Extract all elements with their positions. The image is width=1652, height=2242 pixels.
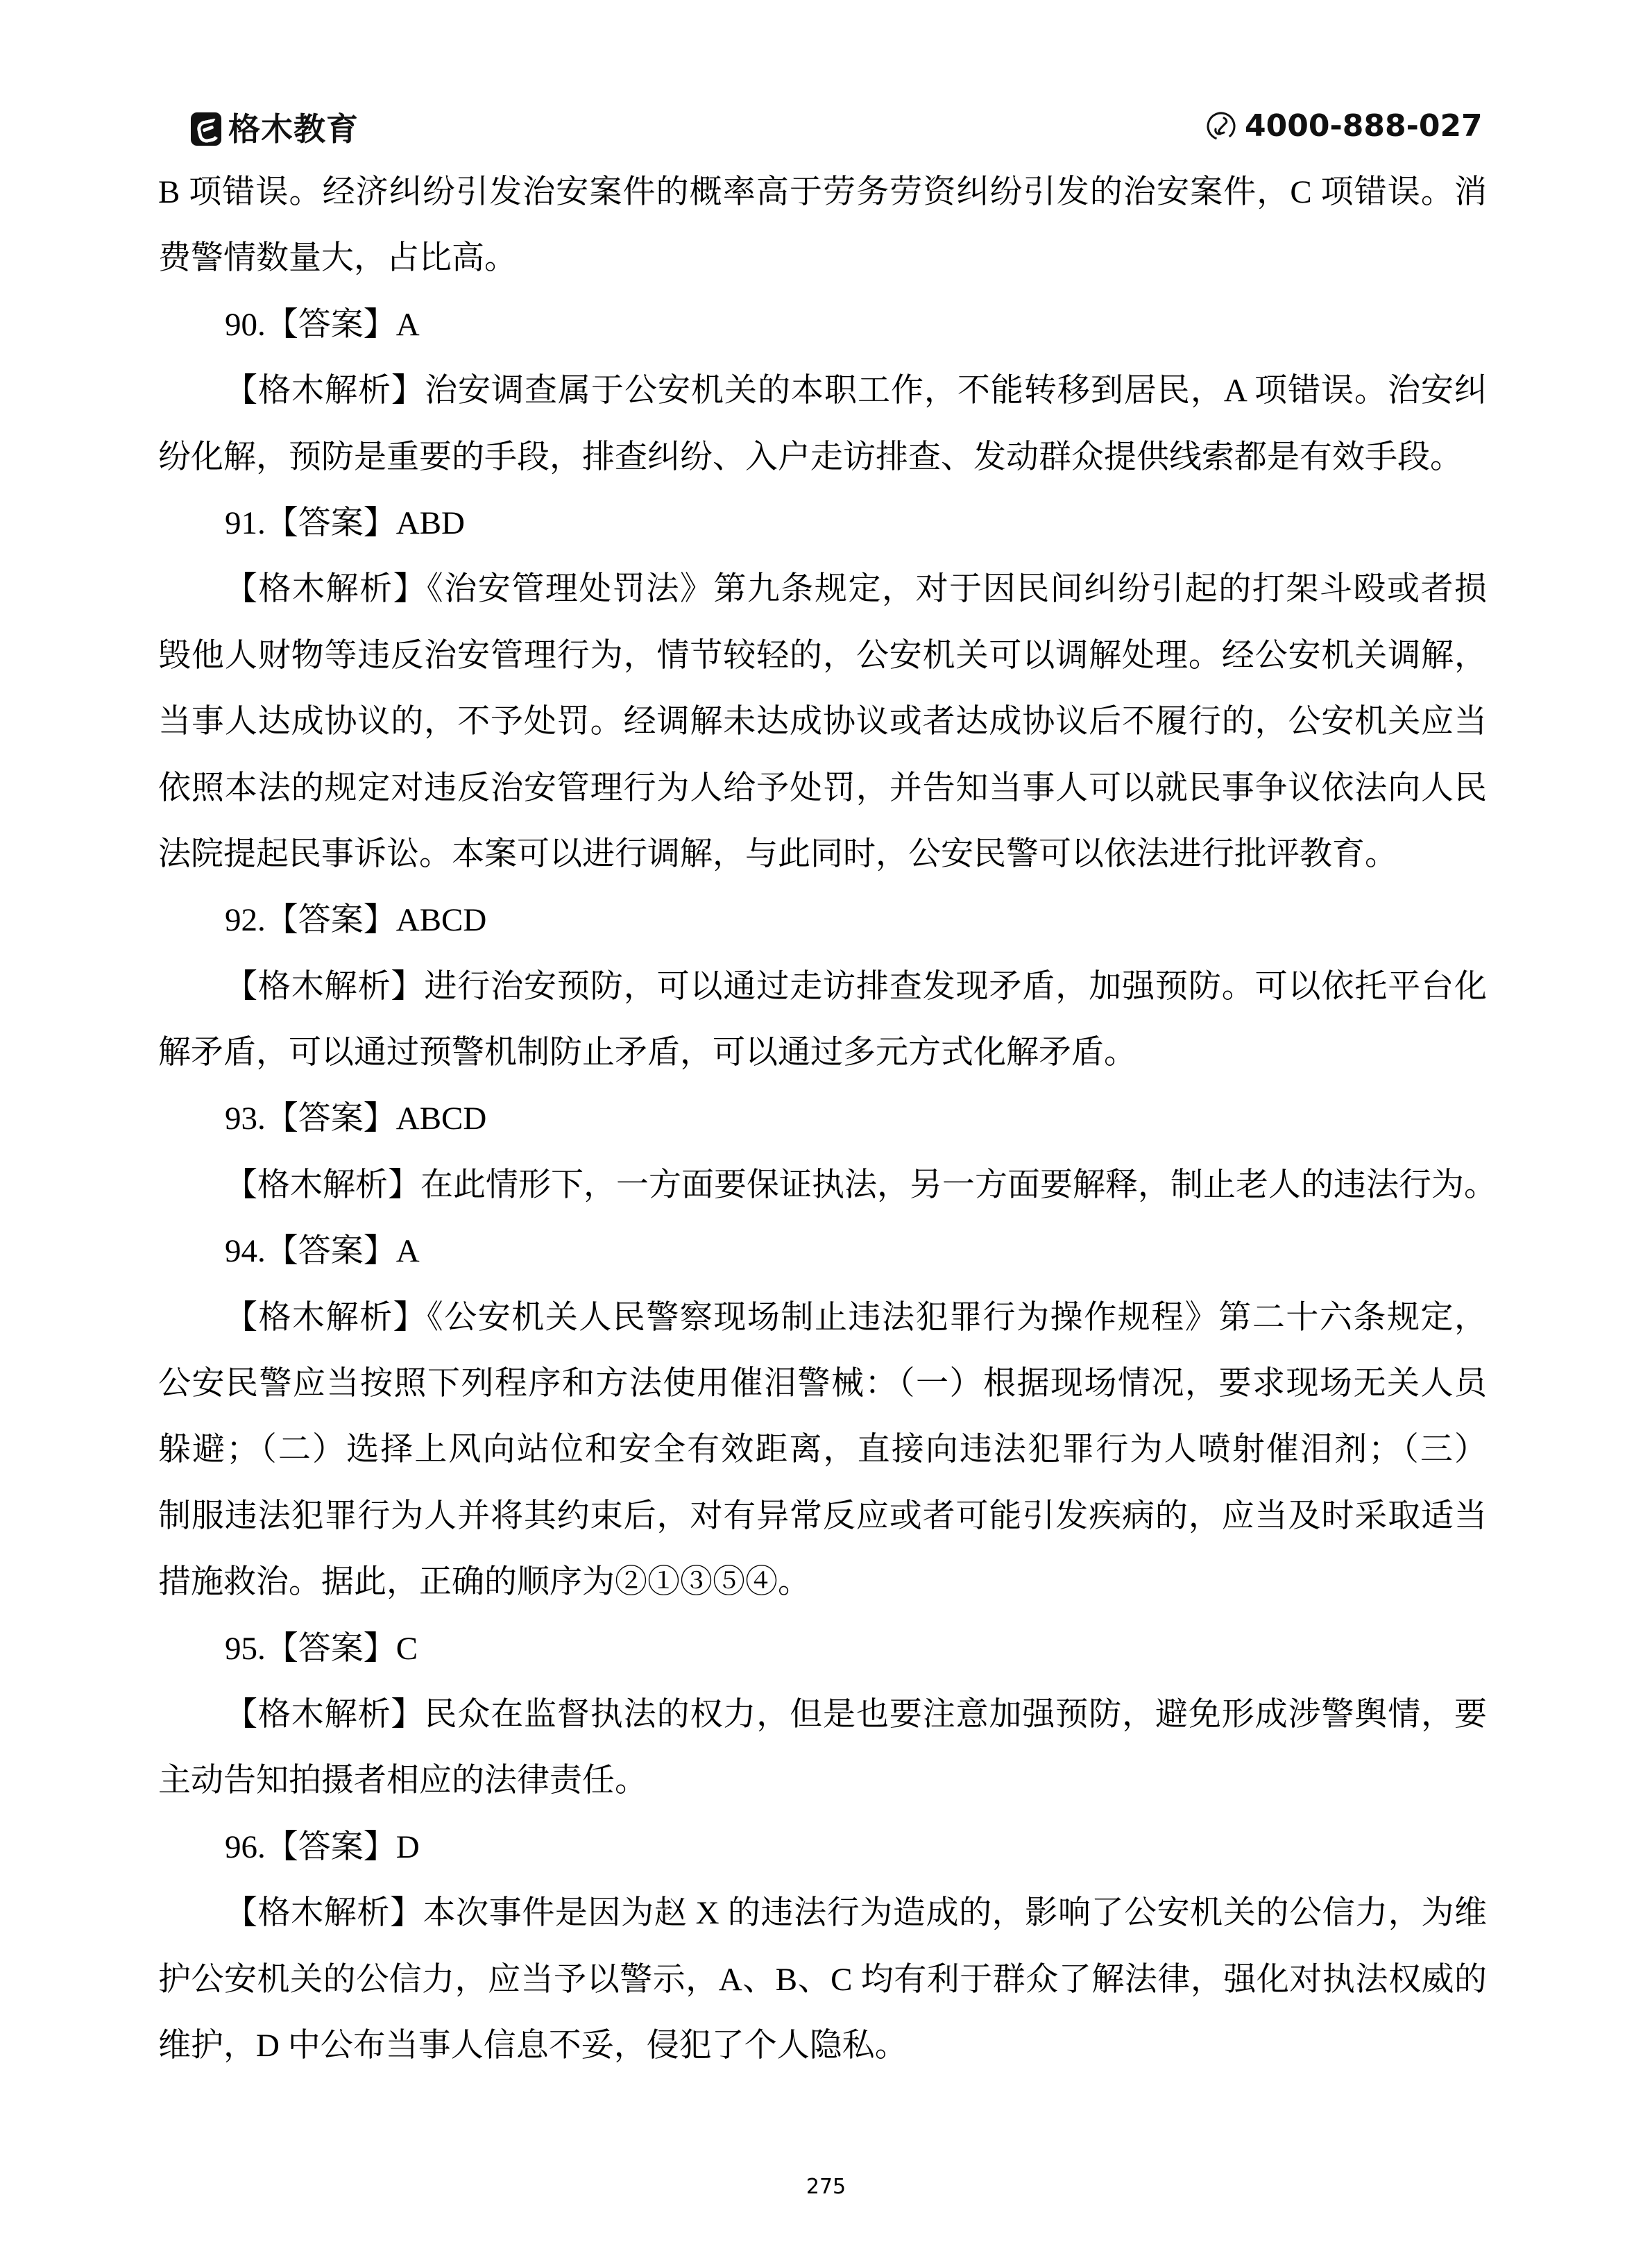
text-line: 躲避；（二）选择上风向站位和安全有效距离，直接向违法犯罪行为人喷射催泪剂；（三）: [158, 1417, 1487, 1483]
text-line: 依照本法的规定对违反治安管理行为人给予处罚，并告知当事人可以就民事争议依法向人民: [158, 756, 1487, 822]
document-body: B 项错误。经济纠纷引发治安案件的概率高于劳务劳资纠纷引发的治安案件，C 项错误…: [158, 160, 1487, 2079]
brand-logo: 格木教育: [191, 111, 359, 147]
text-line: 维护，D 中公布当事人信息不妥，侵犯了个人隐私。: [158, 2013, 1487, 2079]
text-line: B 项错误。经济纠纷引发治安案件的概率高于劳务劳资纠纷引发的治安案件，C 项错误…: [158, 160, 1487, 226]
text-line: 公安民警应当按照下列程序和方法使用催泪警械：（一）根据现场情况，要求现场无关人员: [158, 1351, 1487, 1417]
gemu-logo-icon: [191, 112, 221, 146]
text-line: 【格木解析】本次事件是因为赵 X 的违法行为造成的，影响了公安机关的公信力，为维: [158, 1880, 1487, 1946]
text-line: 【格木解析】《治安管理处罚法》第九条规定，对于因民间纠纷引起的打架斗殴或者损: [158, 557, 1487, 622]
text-line: 法院提起民事诉讼。本案可以进行调解，与此同时，公安民警可以依法进行批评教育。: [158, 822, 1487, 888]
answer-line: 92.【答案】ABCD: [158, 888, 1487, 953]
text-line: 解矛盾，可以通过预警机制防止矛盾，可以通过多元方式化解矛盾。: [158, 1020, 1487, 1086]
text-line: 制服违法犯罪行为人并将其约束后，对有异常反应或者可能引发疾病的，应当及时采取适当: [158, 1484, 1487, 1549]
brand-name: 格木教育: [228, 111, 359, 147]
phone-icon: [1206, 111, 1236, 142]
text-line: 【格木解析】《公安机关人民警察现场制止违法犯罪行为操作规程》第二十六条规定，: [158, 1285, 1487, 1351]
text-line: 当事人达成协议的，不予处罚。经调解未达成协议或者达成协议后不履行的，公安机关应当: [158, 689, 1487, 755]
answer-line: 90.【答案】A: [158, 292, 1487, 358]
answer-line: 91.【答案】ABD: [158, 491, 1487, 557]
contact-phone: 4000-888-027: [1206, 108, 1483, 144]
text-line: 纷化解，预防是重要的手段，排查纠纷、入户走访排查、发动群众提供线索都是有效手段。: [158, 425, 1487, 491]
text-line: 费警情数量大，占比高。: [158, 226, 1487, 291]
text-line: 措施救治。据此，正确的顺序为②①③⑤④。: [158, 1549, 1487, 1615]
page-number: 275: [0, 2173, 1652, 2201]
answer-line: 96.【答案】D: [158, 1815, 1487, 1880]
text-line: 主动告知拍摄者相应的法律责任。: [158, 1748, 1487, 1814]
answer-line: 93.【答案】ABCD: [158, 1086, 1487, 1152]
text-line: 【格木解析】进行治安预防，可以通过走访排查发现矛盾，加强预防。可以依托平台化: [158, 954, 1487, 1020]
text-line: 【格木解析】治安调查属于公安机关的本职工作，不能转移到居民，A 项错误。治安纠: [158, 358, 1487, 424]
text-line: 护公安机关的公信力，应当予以警示，A、B、C 均有利于群众了解法律，强化对执法权…: [158, 1947, 1487, 2013]
text-line: 毁他人财物等违反治安管理行为，情节较轻的，公安机关可以调解处理。经公安机关调解，: [158, 623, 1487, 689]
text-line: 【格木解析】民众在监督执法的权力，但是也要注意加强预防，避免形成涉警舆情，要: [158, 1682, 1487, 1748]
text-line: 【格木解析】在此情形下，一方面要保证执法，另一方面要解释，制止老人的违法行为。: [158, 1153, 1487, 1218]
page-header: 格木教育 4000-888-027: [0, 104, 1652, 153]
answer-line: 94.【答案】A: [158, 1218, 1487, 1284]
answer-line: 95.【答案】C: [158, 1616, 1487, 1682]
phone-number: 4000-888-027: [1245, 108, 1483, 144]
